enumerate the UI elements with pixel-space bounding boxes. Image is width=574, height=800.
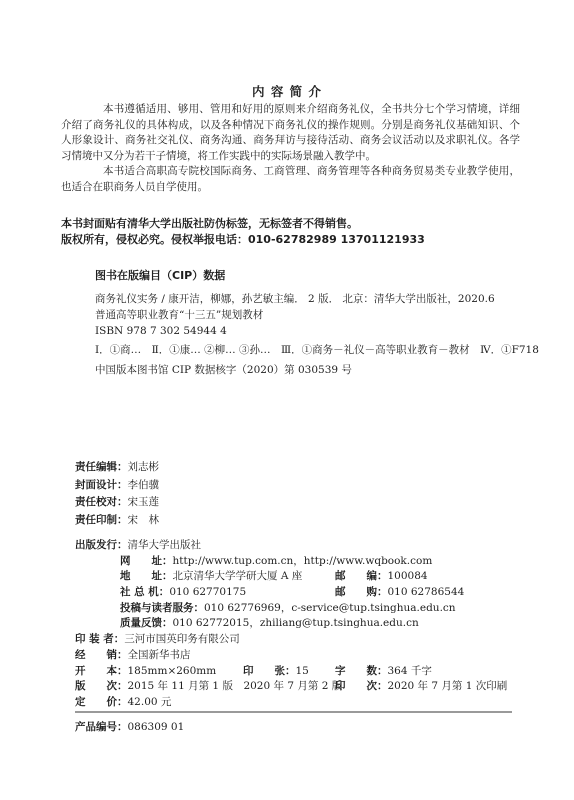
impression-cell: 印 次：2020 年 7 月第 1 次印刷 xyxy=(335,678,507,693)
copyright-hotline-line: 版权所有，侵权必究。侵权举报电话：010-62782989 1370112193… xyxy=(61,232,520,248)
divider-rule xyxy=(75,711,512,713)
quality-feedback-row: 质量反馈：010 62772015，zhiliang@tup.tsinghua.… xyxy=(75,615,512,631)
website-row: 网 址：http://www.tup.com.cn，http://www.wqb… xyxy=(75,553,512,569)
staff-credits: 责任编辑：刘志彬 封面设计：李伯骥 责任校对：宋玉莲 责任印制：宋 林 xyxy=(75,459,159,529)
pub-label: 经 销： xyxy=(75,649,128,661)
cip-classification-line: Ⅰ．①商… Ⅱ．①康… ②柳… ③孙… Ⅲ．①商务－礼仪－高等职业教育－教材 Ⅳ… xyxy=(95,343,525,359)
word-count-cell: 字 数：364 千字 xyxy=(335,663,432,678)
pub-value: 全国新华书店 xyxy=(128,649,191,661)
staff-value: 宋 林 xyxy=(128,514,160,526)
pub-value: 010 62770175 xyxy=(169,586,246,598)
cip-heading: 图书在版编目（CIP）数据 xyxy=(95,267,525,283)
staff-value: 李伯骥 xyxy=(128,479,160,491)
pub-value: 100084 xyxy=(388,570,428,582)
price-row: 定 价：42.00 元 xyxy=(75,694,512,710)
pub-value: 2020 年 7 月第 1 次印刷 xyxy=(388,680,508,692)
staff-row-print-supervisor: 责任印制：宋 林 xyxy=(75,512,159,530)
staff-label: 责任校对： xyxy=(75,496,128,508)
format-row: 开 本：185mm×260mm 印 张：15 字 数：364 千字 xyxy=(75,663,512,679)
pub-label: 字 数： xyxy=(335,665,388,677)
pub-label: 印 装 者： xyxy=(75,633,124,645)
pub-value: 北京清华大学学研大厦 A 座 xyxy=(173,570,303,582)
copyright-page: 内 容 简 介 本书遵循适用、够用、管用和好用的原则来介绍商务礼仪，全书共分七个… xyxy=(0,0,574,800)
pub-value: 185mm×260mm xyxy=(128,665,217,677)
publisher-row: 出版发行：清华大学出版社 xyxy=(75,537,512,553)
staff-value: 宋玉莲 xyxy=(128,496,160,508)
sheets-cell: 印 张：15 xyxy=(243,663,309,678)
distributor-row: 经 销：全国新华书店 xyxy=(75,647,512,663)
pub-value: 清华大学出版社 xyxy=(128,539,202,551)
pub-label: 网 址： xyxy=(120,555,173,567)
postcode-cell: 邮 编：100084 xyxy=(335,568,428,583)
pub-value: 42.00 元 xyxy=(128,696,172,708)
address-row: 地 址：北京清华大学学研大厦 A 座 邮 编：100084 xyxy=(75,568,512,584)
cip-isbn-line: ISBN 978 7 302 54944 4 xyxy=(95,324,525,340)
pub-label: 邮 编： xyxy=(335,570,388,582)
pub-value: 15 xyxy=(296,665,309,677)
pub-value: 364 千字 xyxy=(388,665,432,677)
intro-paragraph: 本书遵循适用、够用、管用和好用的原则来介绍商务礼仪，全书共分七个学习情境，详细介… xyxy=(61,102,520,164)
pub-label: 出版发行： xyxy=(75,539,128,551)
content-intro-body: 本书遵循适用、够用、管用和好用的原则来介绍商务礼仪，全书共分七个学习情境，详细介… xyxy=(61,102,520,195)
printer-row: 印 装 者：三河市国英印务有限公司 xyxy=(75,631,512,647)
reader-service-row: 投稿与读者服务：010 62776969，c-service@tup.tsing… xyxy=(75,600,512,616)
edition-row: 版 次：2015 年 11 月第 1 版 2020 年 7 月第 2 版 印 次… xyxy=(75,678,512,694)
cip-data-block: 图书在版编目（CIP）数据 商务礼仪实务 / 康开洁，柳娜，孙艺敏主编． 2 版… xyxy=(95,267,525,379)
pub-value: 三河市国英印务有限公司 xyxy=(124,633,240,645)
pub-value: 010 62776969，c-service@tup.tsinghua.edu.… xyxy=(204,602,456,614)
product-number-label: 产品编号： xyxy=(75,721,128,733)
staff-row-editor: 责任编辑：刘志彬 xyxy=(75,459,159,477)
pub-value: 010 62786544 xyxy=(388,586,465,598)
product-number: 产品编号：086309 01 xyxy=(75,719,184,734)
anti-piracy-line: 本书封面贴有清华大学出版社防伪标签，无标签者不得销售。 xyxy=(61,216,520,232)
staff-row-proofreader: 责任校对：宋玉莲 xyxy=(75,494,159,512)
staff-row-cover-design: 封面设计：李伯骥 xyxy=(75,477,159,495)
cip-series-line: 普通高等职业教育“十三五”规划教材 xyxy=(95,308,525,324)
staff-label: 责任编辑： xyxy=(75,461,128,473)
product-number-value: 086309 01 xyxy=(128,721,185,733)
pub-label: 印 张： xyxy=(243,665,296,677)
pub-value: http://www.tup.com.cn，http://www.wqbook.… xyxy=(173,555,433,567)
publication-info: 出版发行：清华大学出版社 网 址：http://www.tup.com.cn，h… xyxy=(75,537,512,710)
pub-label: 开 本： xyxy=(75,665,128,677)
pub-label: 地 址： xyxy=(120,570,173,582)
staff-value: 刘志彬 xyxy=(128,461,160,473)
pub-label: 印 次： xyxy=(335,680,388,692)
intro-paragraph: 本书适合高职高专院校国际商务、工商管理、商务管理等各种商务贸易类专业教学使用，也… xyxy=(61,164,520,195)
cip-title-line: 商务礼仪实务 / 康开洁，柳娜，孙艺敏主编． 2 版． 北京：清华大学出版社，2… xyxy=(95,292,525,308)
pub-label: 邮 购： xyxy=(335,586,388,598)
pub-label: 社 总 机： xyxy=(120,586,169,598)
pub-value: 010 62772015，zhiliang@tup.tsinghua.edu.c… xyxy=(173,617,419,629)
pub-value: 2015 年 11 月第 1 版 2020 年 7 月第 2 版 xyxy=(128,680,343,692)
content-intro-title: 内 容 简 介 xyxy=(0,82,574,100)
switchboard-row: 社 总 机：010 62770175 邮 购：010 62786544 xyxy=(75,584,512,600)
cip-record-number-line: 中国版本图书馆 CIP 数据核字（2020）第 030539 号 xyxy=(95,363,525,379)
staff-label: 责任印制： xyxy=(75,514,128,526)
staff-label: 封面设计： xyxy=(75,479,128,491)
mail-order-cell: 邮 购：010 62786544 xyxy=(335,584,464,599)
pub-label: 定 价： xyxy=(75,696,128,708)
pub-label: 投稿与读者服务： xyxy=(120,602,204,614)
anti-piracy-notice: 本书封面贴有清华大学出版社防伪标签，无标签者不得销售。 版权所有，侵权必究。侵权… xyxy=(61,216,520,247)
pub-label: 版 次： xyxy=(75,680,128,692)
pub-label: 质量反馈： xyxy=(120,617,173,629)
